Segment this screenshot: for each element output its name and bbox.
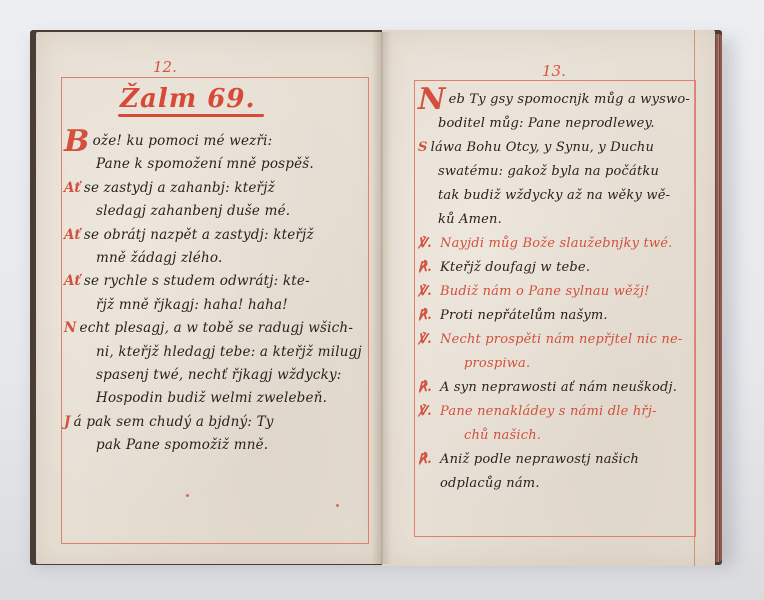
text-line: boditel můg: Pane neprodlewey. [418, 112, 694, 136]
text-line: mně žádagj zlého. [64, 247, 364, 270]
psalm-title: Žalm 69. [120, 84, 256, 114]
text-line: ni, kteřjž hledagj tebe: a kteřjž milugj [64, 341, 364, 364]
versicle-line: ℣.Budiž nám o Pane sylnau wěžj! [418, 280, 694, 304]
response-line: ℟.Aniž podle neprawostj našich [418, 448, 694, 472]
text-line: Necht plesagj, a w tobě se radugj wšich- [64, 317, 364, 340]
text-line: Pane k spomožení mně pospěš. [64, 153, 364, 176]
left-page: 12. Žalm 69. Bože! ku pomoci mé wezři: P… [36, 32, 382, 564]
text-line: Neb Ty gsy spomocnjk můg a wyswo- [418, 88, 694, 112]
text-line: Aťse zastydj a zahanbj: kteřjž [64, 177, 364, 200]
red-initial: Ať [64, 273, 81, 289]
text-line: Já pak sem chudý a bjdný: Ty [64, 411, 364, 434]
red-initial: S [418, 140, 428, 155]
response-line: odplacůg nám. [418, 472, 694, 496]
text-line: spasenj twé, nechť řjkagj wždycky: [64, 364, 364, 387]
margin-rule [694, 30, 695, 566]
photo-scene: 12. Žalm 69. Bože! ku pomoci mé wezři: P… [0, 0, 764, 600]
versicle-line: chů našich. [418, 424, 694, 448]
red-initial: Ať [64, 227, 81, 243]
versicle-marker: ℣. [418, 328, 440, 352]
ink-speck [336, 504, 339, 507]
versicle-line: ℣.Pane nenakládey s námi dle hřj- [418, 400, 694, 424]
text-line: sledagj zahanbenj duše mé. [64, 200, 364, 223]
versicle-marker: ℣. [418, 280, 440, 304]
title-underline [118, 114, 264, 117]
versicle-line: ℣.Nayjdi můg Bože slaužebnjky twé. [418, 232, 694, 256]
book-gutter [372, 32, 392, 564]
right-page: 13. Neb Ty gsy spomocnjk můg a wyswo- bo… [382, 30, 715, 566]
versicle-marker: ℣. [418, 232, 440, 256]
response-marker: ℟. [418, 256, 440, 280]
response-marker: ℟. [418, 376, 440, 400]
right-page-text: Neb Ty gsy spomocnjk můg a wyswo- bodite… [418, 88, 694, 496]
response-line: ℟.A syn neprawosti ať nám neuškodj. [418, 376, 694, 400]
response-line: ℟.Proti nepřátelům našym. [418, 304, 694, 328]
response-line: ℟.Kteřjž doufagj w tebe. [418, 256, 694, 280]
red-initial: J [64, 414, 71, 430]
red-initial: Ať [64, 180, 81, 196]
left-page-text: Bože! ku pomoci mé wezři: Pane k spomože… [64, 130, 364, 457]
text-line: tak budiž wždycky až na wěky wě- [418, 184, 694, 208]
ink-speck [186, 494, 189, 497]
page-number: 12. [153, 58, 177, 76]
text-line: Sláwa Bohu Otcy, y Synu, y Duchu [418, 136, 694, 160]
text-line: Aťse obrátj nazpět a zastydj: kteřjž [64, 224, 364, 247]
text-line: pak Pane spomožiž mně. [64, 434, 364, 457]
versicle-line: ℣.Necht prospěti nám nepřjtel nic ne- [418, 328, 694, 352]
text-line: Hospodin budiž welmi zwelebeň. [64, 387, 364, 410]
text-line: Bože! ku pomoci mé wezři: [64, 130, 364, 153]
text-line: ků Amen. [418, 208, 694, 232]
text-line: řjž mně řjkagj: haha! haha! [64, 294, 364, 317]
versicle-marker: ℣. [418, 400, 440, 424]
text-line: Aťse rychle s studem odwrátj: kte- [64, 270, 364, 293]
response-marker: ℟. [418, 448, 440, 472]
page-number: 13. [542, 62, 566, 80]
versicle-line: prospiwa. [418, 352, 694, 376]
red-initial: N [64, 320, 77, 336]
response-marker: ℟. [418, 304, 440, 328]
text-line: swatému: gakož byla na počátku [418, 160, 694, 184]
